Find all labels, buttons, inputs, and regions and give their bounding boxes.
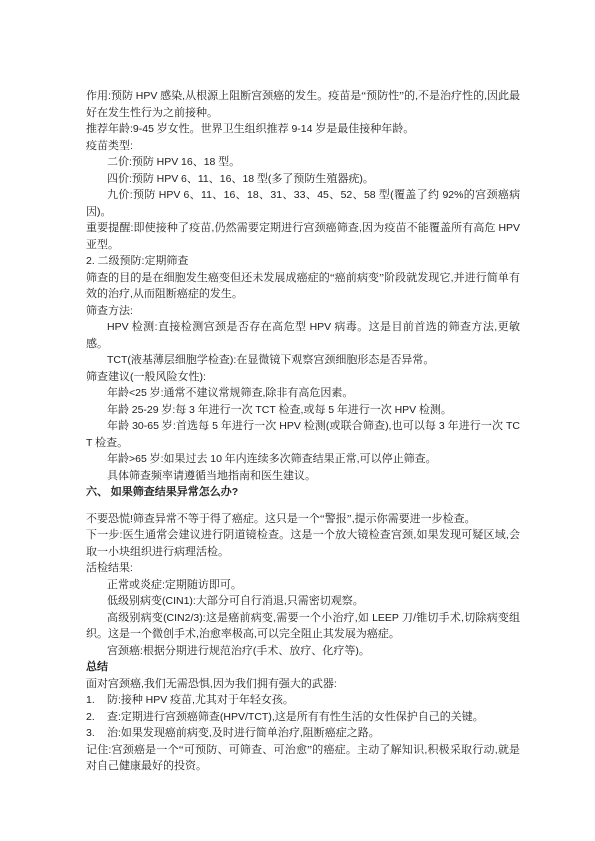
latin-text: 11 bbox=[198, 173, 209, 185]
latin-text: 3 bbox=[439, 420, 445, 432]
latin-text: : bbox=[108, 744, 111, 756]
latin-text: 6 bbox=[183, 189, 189, 201]
latin-text: , bbox=[506, 529, 509, 541]
latin-text: ! bbox=[130, 513, 133, 525]
latin-text: , bbox=[413, 529, 416, 541]
latin-text: (HPV/TCT), bbox=[220, 711, 275, 723]
latin-text: , bbox=[182, 90, 185, 102]
latin-text: , bbox=[415, 90, 418, 102]
latin-text: : bbox=[334, 678, 337, 690]
latin-text: 6 bbox=[181, 173, 187, 185]
latin-text: 58 bbox=[364, 189, 376, 201]
latin-text: 18 bbox=[247, 189, 259, 201]
latin-text: 45 bbox=[317, 189, 329, 201]
section-heading: 总结 bbox=[86, 659, 520, 676]
paragraph: 筛查的目的是在细胞发生癌变但还未发展成癌症的“癌前病变”阶段就发现它,并进行简单… bbox=[86, 270, 520, 303]
latin-text: : bbox=[162, 579, 165, 591]
paragraph: 年龄 30-65 岁:首选每 5 年进行一次 HPV 检测(或联合筛查),也可以… bbox=[86, 418, 520, 451]
latin-text: 3 bbox=[189, 404, 195, 416]
latin-text: LEEP bbox=[372, 612, 399, 624]
latin-text: 16 bbox=[224, 189, 236, 201]
latin-text: HPV bbox=[395, 404, 417, 416]
latin-text: , bbox=[284, 595, 287, 607]
latin-text: HPV bbox=[310, 321, 332, 333]
paragraph: 低级别病变(CIN1):大部分可自行消退,只需密切观察。 bbox=[86, 593, 520, 610]
latin-text: 31 bbox=[270, 189, 282, 201]
document-body: 作用:预防 HPV 感染,从根源上阻断宫颈癌的发生。疫苗是“预防性”的,不是治疗… bbox=[86, 88, 520, 775]
paragraph: 2. 二级预防:定期筛查 bbox=[86, 253, 520, 270]
latin-text: , bbox=[262, 387, 265, 399]
latin-text: , bbox=[494, 321, 497, 333]
latin-text: ? bbox=[232, 486, 238, 498]
paragraph: 2.查:定期进行宫颈癌筛查(HPV/TCT),这是所有有性生活的女性保护自己的关… bbox=[86, 709, 520, 726]
latin-text: 25-29 bbox=[132, 404, 159, 416]
latin-text: : bbox=[129, 173, 132, 185]
latin-text: , bbox=[461, 612, 464, 624]
latin-text: 11 bbox=[201, 189, 212, 201]
latin-text: , bbox=[211, 222, 214, 234]
paragraph: 具体筛查频率请遵循当地指南和医生建议。 bbox=[86, 468, 520, 485]
paragraph: 作用:预防 HPV 感染,从根源上阻断宫颈癌的发生。疫苗是“预防性”的,不是治疗… bbox=[86, 88, 520, 121]
latin-text: 33 bbox=[294, 189, 306, 201]
paragraph: 重要提醒:即使接种了疫苗,仍然需要定期进行宫颈癌筛查,因为疫苗不能覆盖所有高危 … bbox=[86, 220, 520, 253]
latin-text: >65 bbox=[129, 453, 147, 465]
latin-text: : bbox=[129, 156, 132, 168]
latin-text: (CIN2/3): bbox=[163, 612, 206, 624]
latin-text: 18 bbox=[204, 156, 216, 168]
latin-text: : bbox=[173, 420, 176, 432]
latin-text: , bbox=[424, 744, 427, 756]
latin-text: : bbox=[161, 453, 164, 465]
latin-text: HPV bbox=[157, 156, 179, 168]
paragraph: TCT(液基薄层细胞学检查):在显微镜下观察宫颈细胞形态是否异常。 bbox=[86, 352, 520, 369]
latin-text: : bbox=[130, 140, 133, 152]
paragraph: 年龄 25-29 岁:每 3 年进行一次 TCT 检查,或每 5 年进行一次 H… bbox=[86, 402, 520, 419]
latin-text: HPV bbox=[146, 694, 168, 706]
latin-text: ) bbox=[97, 206, 101, 218]
paragraph: 活检结果: bbox=[86, 560, 520, 577]
latin-text: , bbox=[254, 628, 257, 640]
paragraph: 九价:预防 HPV 6、11、16、18、31、33、45、52、58 型(覆盖… bbox=[86, 187, 520, 220]
latin-text: , bbox=[141, 678, 144, 690]
latin-text: , bbox=[209, 727, 212, 739]
latin-text: 18 bbox=[242, 173, 254, 185]
latin-text: : bbox=[118, 727, 121, 739]
latin-text: 5 bbox=[328, 404, 334, 416]
latin-text: , bbox=[359, 222, 362, 234]
latin-text: : bbox=[108, 90, 111, 102]
latin-text: : bbox=[118, 711, 121, 723]
document-page: 作用:预防 HPV 感染,从根源上阻断宫颈癌的发生。疫苗是“预防性”的,不是治疗… bbox=[0, 0, 595, 841]
paragraph: 疫苗类型: bbox=[86, 138, 520, 155]
latin-text: : bbox=[130, 305, 133, 317]
latin-text: , bbox=[357, 453, 360, 465]
latin-text: , bbox=[451, 272, 454, 284]
paragraph: 下一步:医生通常会建议进行阴道镜检查。这是一个放大镜检查宫颈,如果发现可疑区域,… bbox=[86, 527, 520, 560]
latin-text: , bbox=[196, 628, 199, 640]
latin-text: , bbox=[352, 513, 355, 525]
latin-text: , bbox=[484, 90, 487, 102]
latin-text: :9-45 bbox=[130, 123, 154, 135]
latin-text: 52 bbox=[341, 189, 353, 201]
latin-text: / bbox=[413, 612, 416, 624]
paragraph: 年龄>65 岁:如果过去 10 年内连续多次筛查结果正常,可以停止筛查。 bbox=[86, 451, 520, 468]
latin-text: , bbox=[210, 678, 213, 690]
latin-text: 10 bbox=[210, 453, 222, 465]
latin-text: , bbox=[495, 744, 498, 756]
latin-text: HPV bbox=[136, 90, 158, 102]
latin-text: ( bbox=[326, 420, 330, 432]
latin-text: ( bbox=[130, 371, 134, 383]
paragraph: 筛查方法: bbox=[86, 303, 520, 320]
latin-text: HPV bbox=[279, 420, 301, 432]
latin-text: ( bbox=[268, 173, 272, 185]
paragraph: 1.防:接种 HPV 疫苗,尤其对于年轻女孩。 bbox=[86, 692, 520, 709]
latin-text: ( bbox=[390, 189, 394, 201]
latin-text: : bbox=[161, 387, 164, 399]
latin-text: 92% bbox=[442, 189, 463, 201]
latin-text: HPV bbox=[159, 189, 181, 201]
latin-text: <25 bbox=[129, 387, 147, 399]
paragraph: 高级别病变(CIN2/3):这是癌前病变,需要一个小治疗,如 LEEP 刀/锥切… bbox=[86, 610, 520, 643]
latin-text: ) bbox=[355, 645, 359, 657]
latin-text: , bbox=[300, 727, 303, 739]
latin-text: , bbox=[355, 612, 358, 624]
latin-text: ) bbox=[359, 173, 363, 185]
list-number: 3. bbox=[86, 725, 107, 742]
paragraph: 推荐年龄:9-45 岁女性。世界卫生组织推荐 9-14 岁是最佳接种年龄。 bbox=[86, 121, 520, 138]
latin-text: 5 bbox=[212, 420, 218, 432]
paragraph: 四价:预防 HPV 6、11、16、18 型(多了预防生殖器疣)。 bbox=[86, 171, 520, 188]
latin-text: : bbox=[130, 562, 133, 574]
latin-text: TCT( bbox=[107, 354, 131, 366]
paragraph: 不要恐慌!筛查异常不等于得了癌症。这只是一个“警报”,提示你需要进一步检查。 bbox=[86, 511, 520, 528]
latin-text: (CIN1): bbox=[162, 595, 196, 607]
list-number: 1. bbox=[86, 692, 107, 709]
paragraph: 年龄<25 岁:通常不建议常规筛查,除非有高危因素。 bbox=[86, 385, 520, 402]
list-number: 2. bbox=[86, 709, 107, 726]
latin-text: 16 bbox=[220, 173, 232, 185]
latin-text: : bbox=[118, 694, 121, 706]
paragraph: 宫颈癌:根据分期进行规范治疗(手术、放疗、化疗等)。 bbox=[86, 643, 520, 660]
paragraph: HPV 检测:直接检测宫颈是否存在高危型 HPV 病毒。这是目前首选的筛查方法,… bbox=[86, 319, 520, 352]
latin-text: 16 bbox=[181, 156, 193, 168]
latin-text: 30-65 bbox=[132, 420, 159, 432]
latin-text: 9-14 bbox=[291, 123, 312, 135]
latin-text: ): bbox=[230, 354, 236, 366]
latin-text: 2. bbox=[86, 255, 95, 267]
latin-text: TCT bbox=[255, 404, 275, 416]
latin-text: : bbox=[120, 529, 123, 541]
paragraph: 面对宫颈癌,我们无需恐惧,因为我们拥有强大的武器: bbox=[86, 676, 520, 693]
latin-text: HPV bbox=[107, 321, 129, 333]
latin-text: HPV bbox=[498, 222, 520, 234]
latin-text: , bbox=[130, 288, 133, 300]
latin-text: : bbox=[172, 404, 175, 416]
latin-text: : bbox=[155, 321, 158, 333]
latin-text: ( bbox=[253, 645, 257, 657]
latin-text: ): bbox=[200, 371, 206, 383]
latin-text: : bbox=[140, 645, 143, 657]
section-heading: 六、 如果筛查结果异常怎么办? bbox=[86, 484, 520, 501]
latin-text: , bbox=[301, 404, 304, 416]
paragraph: 正常或炎症:定期随访即可。 bbox=[86, 577, 520, 594]
paragraph: 记住:宫颈癌是一个“可预防、可筛查、可治愈”的癌症。主动了解知识,积极采取行动,… bbox=[86, 742, 520, 775]
paragraph: 筛查建议(一般风险女性): bbox=[86, 369, 520, 386]
latin-text: : bbox=[130, 189, 133, 201]
latin-text: , bbox=[192, 694, 195, 706]
paragraph: 3.治:如果发现癌前病变,及时进行简单治疗,阻断癌症之路。 bbox=[86, 725, 520, 742]
latin-text: ), bbox=[385, 420, 391, 432]
latin-text: , bbox=[273, 612, 276, 624]
latin-text: HPV bbox=[157, 173, 179, 185]
latin-text: : bbox=[131, 222, 134, 234]
paragraph: 二价:预防 HPV 16、18 型。 bbox=[86, 154, 520, 171]
latin-text: : bbox=[142, 255, 145, 267]
